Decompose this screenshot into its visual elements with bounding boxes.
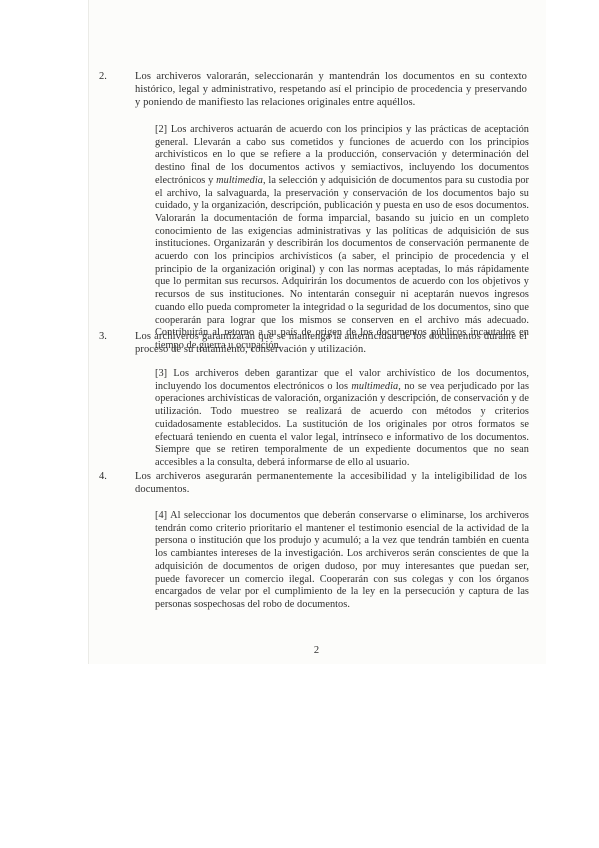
section-statement-3: Los archiveros garantizarán que se mante… [135,330,527,356]
section-commentary-3: [3] Los archiveros deben garantizar que … [155,368,529,470]
section-number-3: 3. [99,330,107,343]
page-number: 2 [88,645,545,656]
section-statement-2: Los archiveros valorarán, seleccionarán … [135,70,527,109]
section-commentary-4: [4] Al seleccionar los documentos que de… [155,510,529,612]
section-number-2: 2. [99,70,107,83]
scanned-document-page: { "page": { "footer_page_number": "2", "… [0,0,599,848]
section-number-4: 4. [99,470,107,483]
section-statement-4: Los archiveros asegurarán permanentement… [135,470,527,496]
section-commentary-2: [2] Los archiveros actuarán de acuerdo c… [155,124,529,353]
